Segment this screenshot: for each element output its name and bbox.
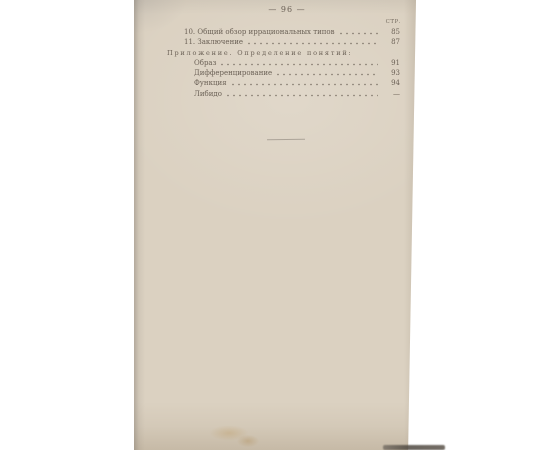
table-of-contents: 10. Общий обзор иррациональных типов 85 … bbox=[154, 27, 400, 99]
dot-leader bbox=[227, 94, 378, 97]
book-edge-shadow bbox=[383, 445, 445, 450]
toc-page-number: 85 bbox=[384, 27, 400, 37]
dot-leader bbox=[277, 73, 378, 76]
dot-leader bbox=[221, 63, 378, 66]
toc-section-header: Приложение. Определение понятий: bbox=[154, 48, 400, 58]
toc-entry-label: Функция bbox=[194, 78, 227, 88]
page-column-header: СТР. bbox=[386, 19, 401, 25]
toc-entry-label: Либидо bbox=[194, 89, 222, 99]
toc-row: 11. Заключение 87 bbox=[154, 37, 400, 47]
toc-entry-label: Дифференцирование bbox=[194, 68, 272, 78]
book-photo: — 96 — СТР. 10. Общий обзор иррациональн… bbox=[0, 0, 550, 450]
dot-leader bbox=[248, 42, 378, 45]
toc-entry-label: 11. Заключение bbox=[184, 37, 243, 47]
toc-row: 10. Общий обзор иррациональных типов 85 bbox=[154, 27, 400, 37]
toc-page-number: 93 bbox=[384, 68, 400, 78]
toc-page-number: 94 bbox=[384, 78, 400, 88]
separator-rule bbox=[267, 139, 305, 140]
toc-entry-label: 10. Общий обзор иррациональных типов bbox=[184, 27, 335, 37]
toc-row: Либидо — bbox=[154, 89, 400, 99]
dot-leader bbox=[340, 32, 378, 35]
toc-row: Дифференцирование 93 bbox=[154, 68, 400, 78]
page-number-header: — 96 — bbox=[134, 5, 416, 14]
toc-page-number: 91 bbox=[384, 58, 400, 68]
toc-entry-label: Образ bbox=[194, 58, 216, 68]
toc-page-number: 87 bbox=[384, 37, 400, 47]
toc-page-number: — bbox=[384, 89, 400, 99]
book-page: — 96 — СТР. 10. Общий обзор иррациональн… bbox=[134, 0, 416, 450]
toc-row: Образ 91 bbox=[154, 58, 400, 68]
dot-leader bbox=[232, 83, 378, 86]
toc-row: Функция 94 bbox=[154, 78, 400, 88]
toc-section-label: Приложение. Определение понятий: bbox=[167, 48, 352, 58]
